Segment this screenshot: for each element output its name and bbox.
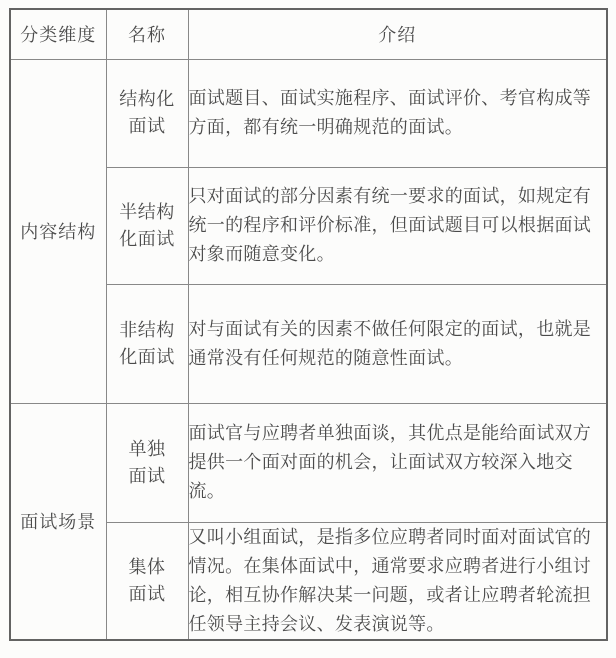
col-header-dimension: 分类维度 bbox=[10, 9, 106, 59]
col-header-intro: 介绍 bbox=[188, 9, 607, 59]
scanned-document-page: 分类维度 名称 介绍 内容结构 结构化 面试 面试题目、面试实施程序、面试评价、… bbox=[0, 0, 616, 658]
name-cell-semi-structured-interview: 半结构 化面试 bbox=[106, 167, 188, 284]
dimension-cell-content-structure: 内容结构 bbox=[10, 59, 106, 403]
table-row-structured: 内容结构 结构化 面试 面试题目、面试实施程序、面试评价、考官构成等方面，都有统… bbox=[10, 59, 607, 167]
dimension-cell-interview-scene: 面试场景 bbox=[10, 403, 106, 640]
table-header-row: 分类维度 名称 介绍 bbox=[10, 9, 607, 59]
interview-classification-table: 分类维度 名称 介绍 内容结构 结构化 面试 面试题目、面试实施程序、面试评价、… bbox=[9, 8, 608, 641]
name-cell-unstructured-interview: 非结构 化面试 bbox=[106, 284, 188, 403]
desc-cell-group-interview: 又叫小组面试，是指多位应聘者同时面对面试官的情况。在集体面试中，通常要求应聘者进… bbox=[188, 522, 607, 640]
col-header-name: 名称 bbox=[106, 9, 188, 59]
name-cell-structured-interview: 结构化 面试 bbox=[106, 59, 188, 167]
name-cell-individual-interview: 单独 面试 bbox=[106, 403, 188, 522]
table-row-individual: 面试场景 单独 面试 面试官与应聘者单独面谈，其优点是能给面试双方提供一个面对面… bbox=[10, 403, 607, 522]
desc-cell-individual-interview: 面试官与应聘者单独面谈，其优点是能给面试双方提供一个面对面的机会，让面试双方较深… bbox=[188, 403, 607, 522]
desc-cell-structured-interview: 面试题目、面试实施程序、面试评价、考官构成等方面，都有统一明确规范的面试。 bbox=[188, 59, 607, 167]
name-cell-group-interview: 集体 面试 bbox=[106, 522, 188, 640]
desc-cell-unstructured-interview: 对与面试有关的因素不做任何限定的面试，也就是通常没有任何规范的随意性面试。 bbox=[188, 284, 607, 403]
desc-cell-semi-structured-interview: 只对面试的部分因素有统一要求的面试，如规定有统一的程序和评价标准，但面试题目可以… bbox=[188, 167, 607, 284]
